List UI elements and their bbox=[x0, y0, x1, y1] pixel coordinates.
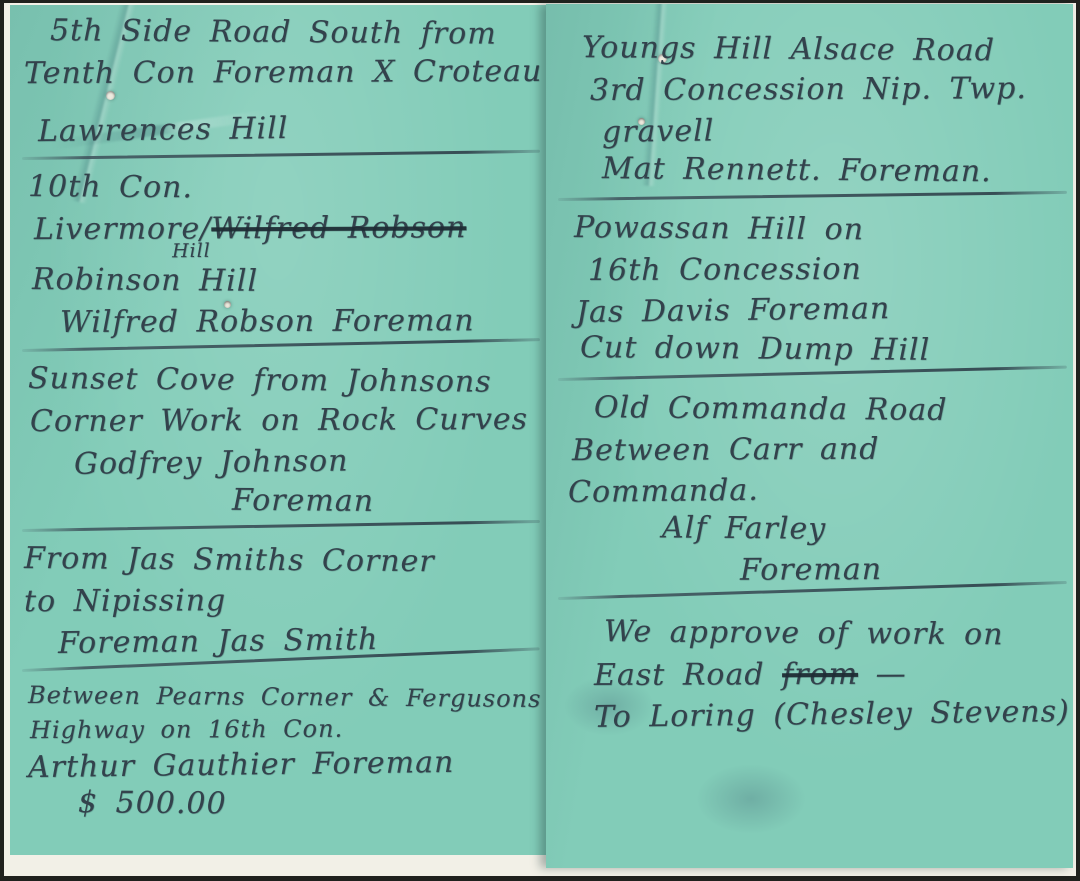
handwritten-line: East Road from — bbox=[594, 654, 1069, 696]
handwritten-line: to Nipissing bbox=[24, 580, 542, 622]
note-section: From Jas Smiths Cornerto NipissingForema… bbox=[22, 541, 542, 662]
handwritten-line: Youngs Hill Alsace Road bbox=[582, 28, 1069, 72]
text-segment: Corner Work on Rock Curves bbox=[30, 402, 528, 439]
note-section: 5th Side Road South fromTenth Con Forema… bbox=[22, 13, 542, 150]
handwritten-line: Lawrences Hill bbox=[38, 106, 542, 152]
text-segment: 5th Side Road South from bbox=[50, 13, 497, 52]
text-segment: Lawrences Hill bbox=[38, 111, 289, 149]
handwritten-line: Commanda. bbox=[568, 467, 1069, 513]
text-segment: East Road bbox=[594, 657, 782, 693]
handwritten-line: Between Pearns Corner & Fergusons bbox=[28, 678, 542, 714]
text-segment: Cut down Dump Hill bbox=[580, 330, 930, 368]
text-segment: Youngs Hill Alsace Road bbox=[582, 30, 995, 68]
text-segment: Mat Rennett. Foreman. bbox=[602, 151, 992, 189]
handwritten-line: Godfrey Johnson bbox=[74, 439, 542, 485]
note-sections: 5th Side Road South fromTenth Con Forema… bbox=[10, 5, 546, 825]
handwritten-line: Foreman bbox=[232, 481, 542, 524]
handwritten-line: $ 500.00 bbox=[78, 783, 542, 827]
handwritten-line: Wilfred Robson Foreman bbox=[60, 301, 542, 343]
note-section: Youngs Hill Alsace Road3rd Concession Ni… bbox=[558, 30, 1069, 191]
scanned-document-frame: 5th Side Road South fromTenth Con Forema… bbox=[0, 0, 1080, 881]
text-segment: 3rd Concession Nip. Twp. bbox=[590, 71, 1027, 108]
note-section: Sunset Cove from JohnsonsCorner Work on … bbox=[22, 361, 542, 522]
handwritten-line: Arthur Gauthier Foreman bbox=[28, 742, 542, 788]
handwritten-line: Old Commanda Road bbox=[594, 388, 1069, 432]
ink-smudge bbox=[696, 764, 806, 834]
text-segment: Old Commanda Road bbox=[594, 390, 948, 428]
page-left: 5th Side Road South fromTenth Con Forema… bbox=[10, 5, 546, 855]
handwritten-line: From Jas Smiths Corner bbox=[24, 539, 542, 583]
text-segment: Foreman bbox=[740, 552, 882, 588]
text-segment: Arthur Gauthier Foreman bbox=[28, 745, 455, 785]
handwritten-line: Sunset Cove from Johnsons bbox=[28, 359, 542, 403]
struck-text: from bbox=[782, 657, 858, 692]
handwritten-line: To Loring (Chesley Stevens) bbox=[594, 692, 1069, 738]
handwritten-line: Hill bbox=[172, 237, 542, 262]
page-right: Youngs Hill Alsace Road3rd Concession Ni… bbox=[546, 4, 1073, 868]
text-segment: From Jas Smiths Corner bbox=[24, 541, 435, 579]
handwritten-line: 10th Con. bbox=[28, 167, 542, 211]
text-segment: Alf Farley bbox=[662, 510, 826, 546]
handwritten-line: We approve of work on bbox=[604, 613, 1069, 657]
text-segment: Foreman bbox=[232, 483, 374, 519]
handwritten-line: Corner Work on Rock Curves bbox=[30, 400, 542, 442]
note-section: Old Commanda RoadBetween Carr andCommand… bbox=[558, 390, 1069, 591]
handwritten-line: 16th Concession bbox=[588, 249, 1069, 291]
handwritten-line: gravell bbox=[602, 108, 1069, 154]
handwritten-line: Between Carr and bbox=[572, 429, 1069, 471]
text-segment: $ 500.00 bbox=[78, 785, 227, 821]
note-sections: Youngs Hill Alsace Road3rd Concession Ni… bbox=[546, 4, 1073, 735]
note-section: Powassan Hill on16th ConcessionJas Davis… bbox=[558, 210, 1069, 371]
text-segment: Tenth Con Foreman X Croteau bbox=[24, 54, 542, 91]
text-segment: Godfrey Johnson bbox=[74, 443, 349, 481]
handwritten-line: Cut down Dump Hill bbox=[580, 328, 1069, 372]
note-section: Between Pearns Corner & FergusonsHighway… bbox=[22, 681, 542, 826]
note-section: 10th Con.Livermore/Wilfred RobsonHillRob… bbox=[22, 169, 542, 343]
text-segment: 16th Concession bbox=[588, 252, 862, 288]
handwritten-line: Jas Davis Foreman bbox=[576, 287, 1069, 333]
handwritten-line: Mat Rennett. Foreman. bbox=[602, 149, 1069, 193]
text-segment: Highway on 16th Con. bbox=[30, 714, 343, 743]
text-segment: Robinson Hill bbox=[32, 262, 258, 299]
text-segment: Jas Davis Foreman bbox=[576, 291, 891, 330]
handwritten-line: Tenth Con Foreman X Croteau bbox=[24, 52, 542, 94]
section-divider-line bbox=[558, 191, 1067, 201]
text-segment: Between Pearns Corner & Fergusons bbox=[28, 680, 542, 712]
handwritten-line: Powassan Hill on bbox=[574, 208, 1069, 252]
note-section: We approve of work onEast Road from —To … bbox=[558, 614, 1069, 735]
text-segment: To Loring (Chesley Stevens) bbox=[594, 694, 1070, 735]
text-segment: Sunset Cove from Johnsons bbox=[28, 361, 492, 400]
text-segment: Wilfred Robson Foreman bbox=[60, 303, 475, 340]
text-segment: Commanda. bbox=[568, 473, 759, 510]
text-segment: We approve of work on bbox=[604, 615, 1004, 653]
text-segment: Hill bbox=[172, 240, 211, 262]
text-segment: — bbox=[858, 656, 907, 691]
handwritten-line: Robinson Hill bbox=[32, 260, 542, 304]
text-segment: Powassan Hill on bbox=[574, 210, 864, 247]
text-segment: Between Carr and bbox=[572, 431, 880, 467]
text-segment: to Nipissing bbox=[24, 583, 226, 619]
text-segment: 10th Con. bbox=[28, 169, 193, 205]
handwritten-line: Alf Farley bbox=[662, 508, 1069, 551]
text-segment: gravell bbox=[602, 114, 715, 150]
handwritten-line: 5th Side Road South from bbox=[50, 11, 542, 55]
handwritten-line: 3rd Concession Nip. Twp. bbox=[590, 69, 1069, 111]
handwritten-line: Highway on 16th Con. bbox=[30, 712, 542, 746]
